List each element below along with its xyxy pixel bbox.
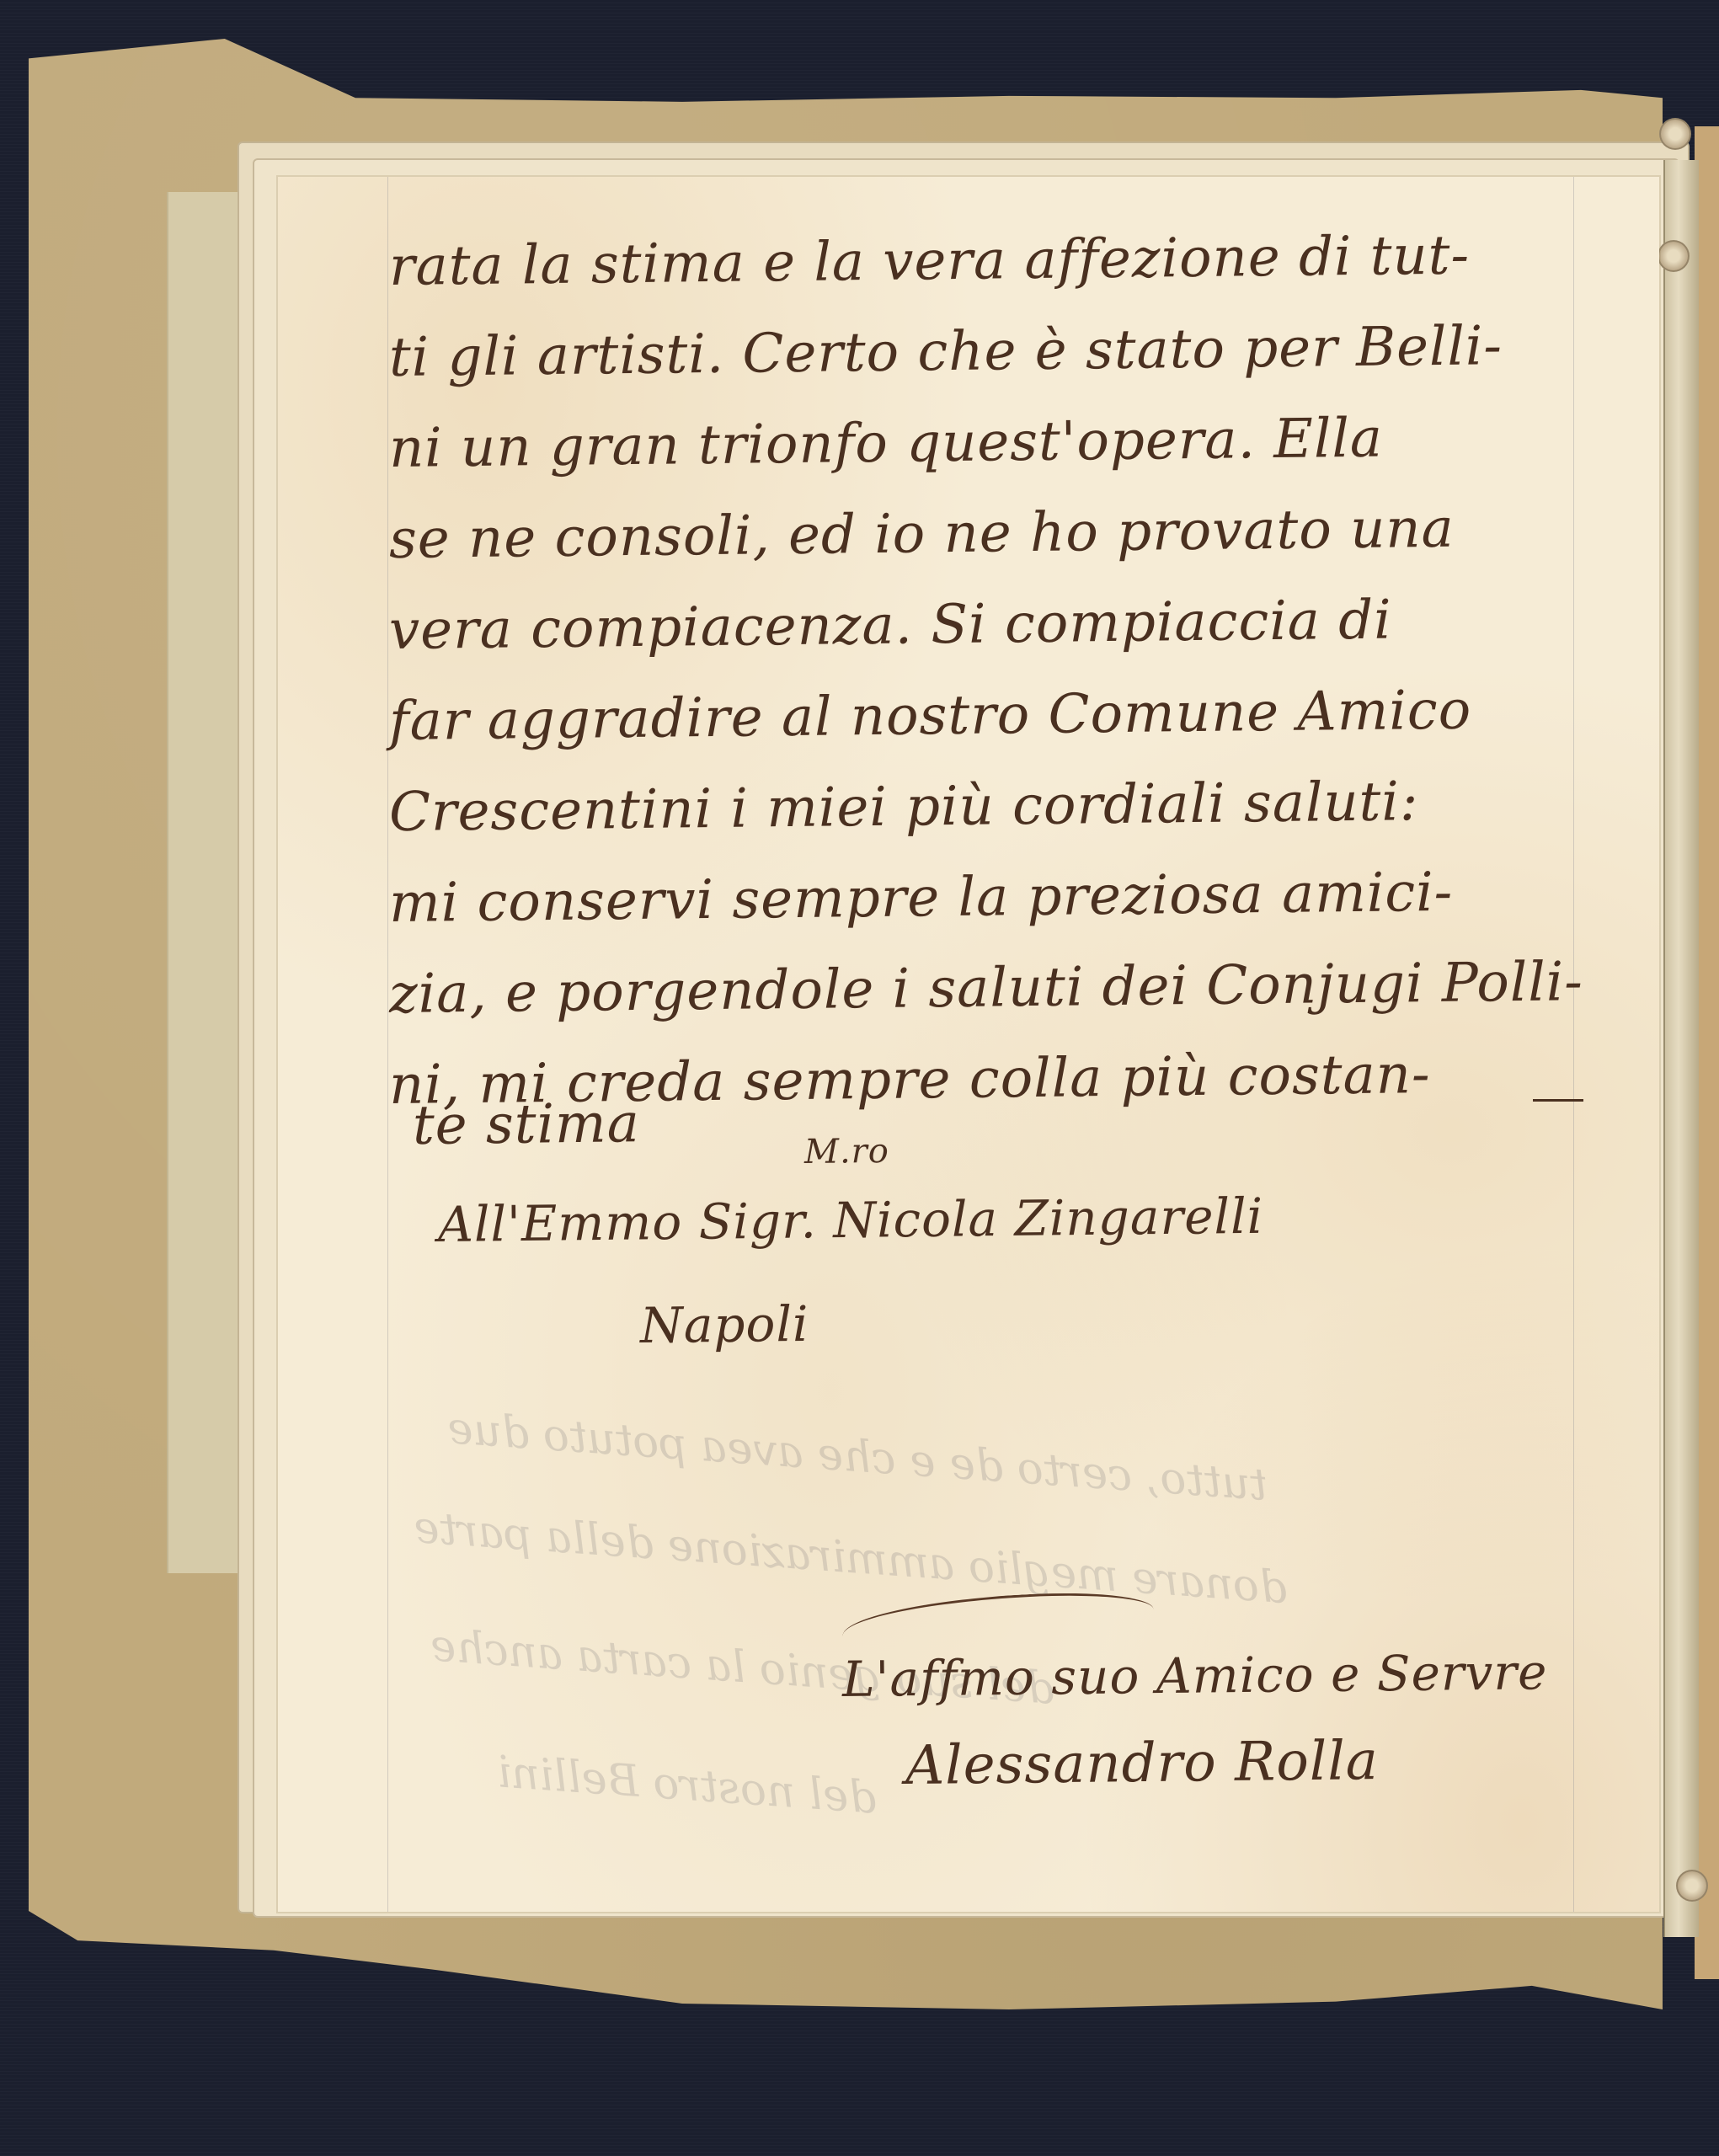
letter-line-11: te stima (413, 1092, 641, 1157)
letter-line-4: se ne consoli, ed io ne ho provato una (389, 498, 1455, 571)
binding-knot-icon (1659, 118, 1691, 150)
bleed-through-text: del nostro Bellini (495, 1747, 878, 1823)
bleed-through-text: tutto, certo de e che avea potuto due (446, 1403, 1269, 1511)
binding-knot-icon (1676, 1870, 1708, 1902)
letter-line-1: rata la stima e la vera affezione di tut… (389, 225, 1471, 298)
closing-line: L'affmo suo Amico e Servre (842, 1643, 1548, 1708)
binding-strip (1663, 160, 1699, 1937)
letter-line-6: far aggradire al nostro Comune Amico (389, 680, 1472, 753)
page-margin-rule (1573, 177, 1574, 1912)
letter-line-2: ti gli artisti. Certo che è stato per Be… (389, 315, 1503, 389)
letter-line-5: vera compiacenza. Si compiaccia di (389, 590, 1392, 662)
letter-line-8: mi conservi sempre la preziosa amici- (389, 862, 1454, 935)
page-margin-rule (387, 177, 388, 1912)
signature: Alessandro Rolla (905, 1730, 1380, 1797)
letter-line-9: zia, e porgendole i saluti dei Conjugi P… (389, 951, 1584, 1026)
abbreviation-superscript: M.ro (804, 1132, 889, 1171)
letter-line-3: ni un gran trionfo quest'opera. Ella (389, 408, 1384, 480)
letter-line-7: Crescentini i miei più cordiali saluti: (389, 771, 1419, 844)
address-city: Napoli (640, 1295, 809, 1354)
bleed-through-text: donare meglio ammirazione della parte (412, 1502, 1289, 1614)
address-recipient: All'Emmo Sigr. Nicola Zingarelli (438, 1187, 1264, 1253)
hyphen-mark (1533, 1099, 1583, 1102)
binding-knot-icon (1658, 240, 1690, 272)
